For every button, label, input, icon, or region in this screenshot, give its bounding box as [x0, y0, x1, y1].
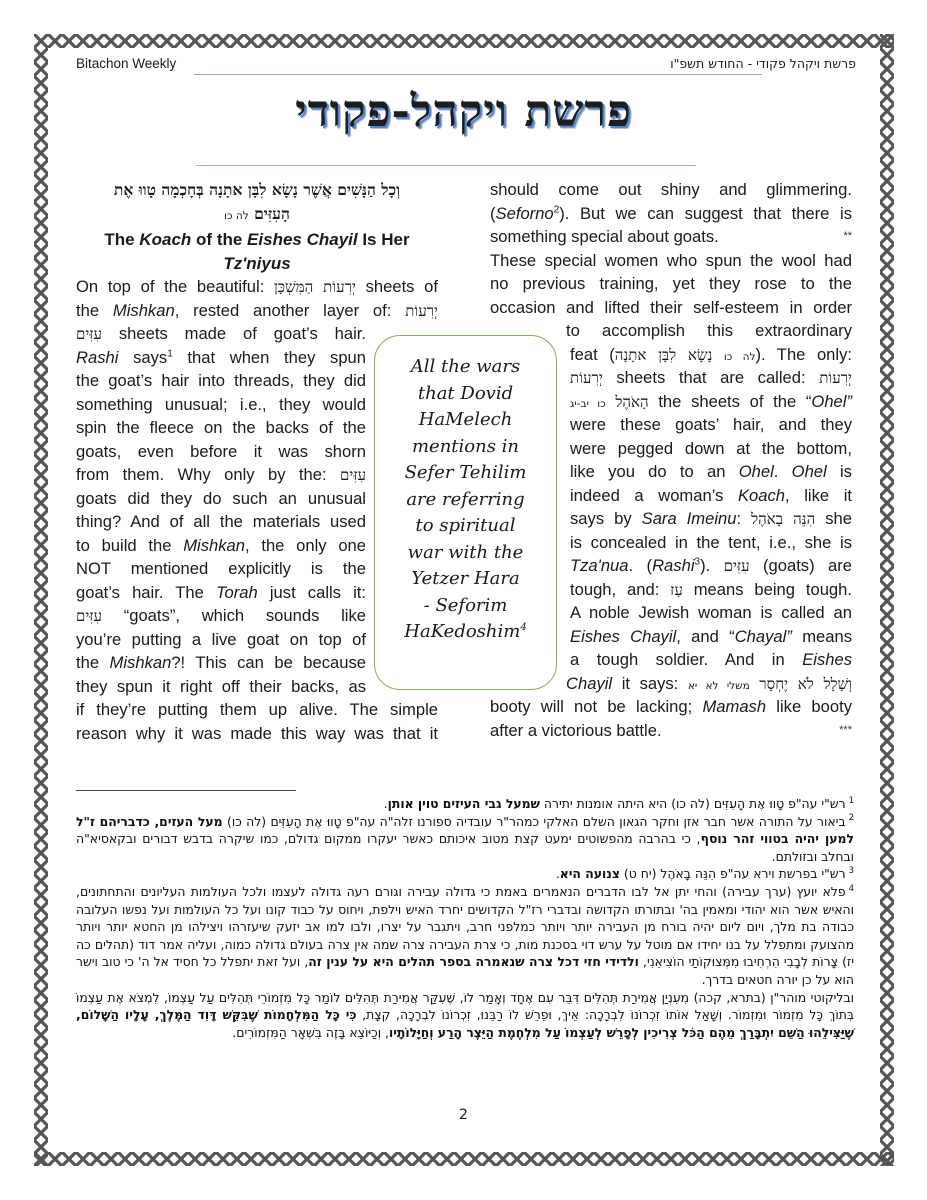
- header-rule: [194, 74, 762, 75]
- footnote-2: 2ביאור על התורה אשר חבר אזן וחקר הגאון ה…: [76, 813, 854, 866]
- parsha-date: פרשת ויקהל פקודי - החודש תשפ"ו: [670, 56, 856, 71]
- page-title: פרשת ויקהל-פקודי: [0, 86, 927, 137]
- footnote-4-continued: ובליקוטי מוהר"ן (בתרא, קכה) מִעִנְיַן אֲ…: [76, 989, 854, 1042]
- footnote-1: 1רש"י עה"פ טָווּ אֶת הָעִזִּים (לה כו) ה…: [76, 795, 854, 813]
- verse-reference: לה כו: [224, 210, 249, 222]
- page-header: Bitachon Weekly פרשת ויקהל פקודי - החודש…: [76, 56, 856, 76]
- footnote-separator: [76, 790, 296, 791]
- right-column: should come out shiny and glimmering. (S…: [490, 178, 852, 742]
- footnote-3: 3רש"י בפרשת וירא עה"פ הִנֵּה בָאֹהֶל (יח…: [76, 865, 854, 883]
- footnotes: 1רש"י עה"פ טָווּ אֶת הָעִזִּים (לה כו) ה…: [76, 795, 854, 1041]
- verse-heading: וְכָל הַנָּשִׁים אֲשֶׁר נָשָׂא לִבָּן את…: [76, 178, 438, 228]
- article-subheading: The Koach of the Eishes Chayil Is Her Tz…: [76, 228, 438, 275]
- page-border-left: [34, 34, 48, 1166]
- section-break: **: [843, 225, 852, 249]
- page-number: 2: [0, 1107, 927, 1123]
- title-rule: [196, 165, 696, 166]
- page-border-bottom: [34, 1152, 894, 1166]
- section-break: ***: [839, 719, 852, 743]
- publication-name: Bitachon Weekly: [76, 56, 176, 71]
- page-border-top: [34, 34, 894, 48]
- page-border-right: [880, 34, 894, 1166]
- footnote-4: 4פלא יועץ (ערך עבירה) והחי יתן אל לבו הד…: [76, 883, 854, 989]
